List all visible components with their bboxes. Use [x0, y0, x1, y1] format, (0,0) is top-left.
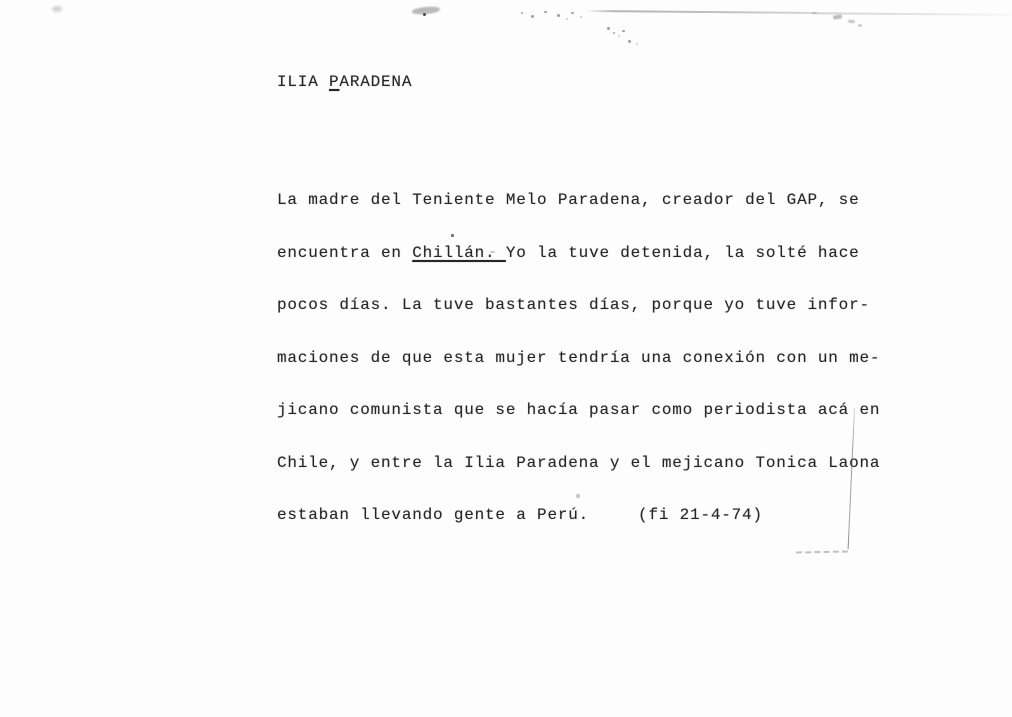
scan-smudge: [412, 6, 440, 15]
scan-mark: [848, 20, 855, 24]
document-title: ILIA PARADENA: [277, 74, 880, 92]
scan-smudge-dot: [423, 13, 426, 16]
typed-text-block: ILIA PARADENA La madre del Teniente Melo…: [277, 39, 880, 595]
date-citation: (fi 21-4-74): [638, 506, 763, 524]
scan-speckle: [618, 35, 620, 37]
scan-streak: [812, 12, 1012, 15]
title-underlined-letter: P: [329, 73, 339, 91]
scan-speckle: [521, 12, 523, 14]
scan-speckle: [571, 12, 574, 14]
line2-prefix: encuentra en: [277, 244, 412, 262]
scan-speck-top-left: [52, 6, 62, 12]
scan-mark: [833, 14, 842, 19]
document-page: ILIA PARADENA La madre del Teniente Melo…: [0, 0, 1012, 717]
paragraph-line: maciones de que esta mujer tendría una c…: [277, 350, 880, 368]
scan-speckle: [557, 14, 560, 17]
paragraph-line: La madre del Teniente Melo Paradena, cre…: [277, 192, 880, 210]
scan-speckle: [566, 18, 568, 20]
scan-speckle: [544, 11, 547, 13]
title-suffix: ARADENA: [339, 73, 412, 91]
paragraph-line: pocos días. La tuve bastantes días, porq…: [277, 297, 880, 315]
paragraph-line: estaban llevando gente a Perú.(fi 21-4-7…: [277, 507, 880, 525]
scan-speckle: [622, 30, 625, 32]
underlined-place-name: Chillán.: [412, 244, 506, 262]
scan-speckle: [607, 27, 610, 30]
paragraph-line: encuentra en Chillán. Yo la tuve detenid…: [277, 245, 880, 263]
document-paragraph: La madre del Teniente Melo Paradena, cre…: [277, 157, 880, 560]
scan-speckle: [580, 16, 582, 18]
scan-speckle: [613, 32, 615, 34]
line2-suffix: Yo la tuve detenida, la solté hace: [506, 244, 860, 262]
scan-streak: [585, 10, 817, 14]
scan-mark: [858, 24, 862, 27]
scan-speckle: [531, 15, 534, 18]
line7-text: estaban llevando gente a Perú.: [277, 506, 589, 524]
paragraph-line: jicano comunista que se hacía pasar como…: [277, 402, 880, 420]
title-prefix: ILIA: [277, 73, 329, 91]
paragraph-line: Chile, y entre la Ilia Paradena y el mej…: [277, 455, 880, 473]
